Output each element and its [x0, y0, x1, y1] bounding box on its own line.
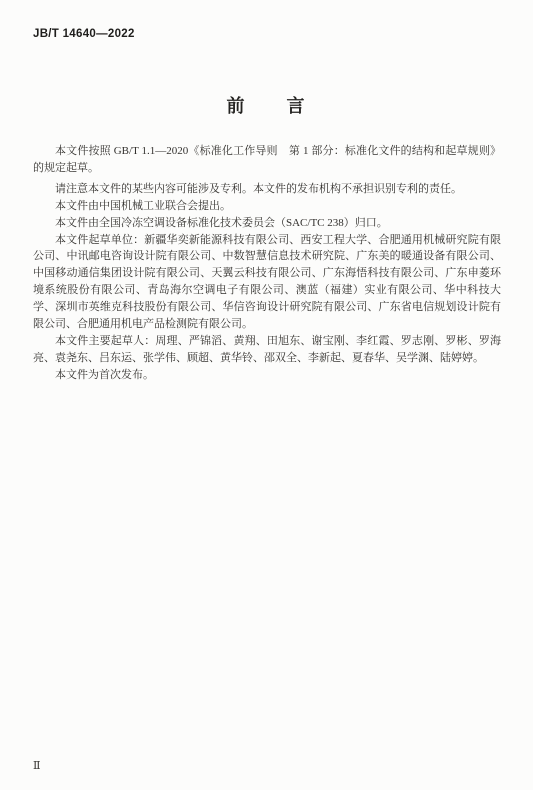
paragraph: 本文件主要起草人：周理、严锦滔、黄翔、田旭东、谢宝刚、李红霞、罗志刚、罗彬、罗海… — [33, 333, 501, 367]
paragraph: 本文件起草单位：新疆华奕新能源科技有限公司、西安工程大学、合肥通用机械研究院有限… — [33, 232, 501, 333]
page-title: 前 言 — [0, 92, 533, 118]
paragraph: 本文件由中国机械工业联合会提出。 — [33, 198, 501, 215]
document-page: JB/T 14640—2022 前 言 本文件按照 GB/T 1.1—2020《… — [0, 0, 533, 790]
page-number: Ⅱ — [33, 759, 40, 772]
paragraph: 本文件为首次发布。 — [33, 367, 501, 384]
foreword-body: 本文件按照 GB/T 1.1—2020《标准化工作导则 第 1 部分：标准化文件… — [33, 143, 501, 384]
standard-number: JB/T 14640—2022 — [33, 28, 135, 40]
paragraph: 请注意本文件的某些内容可能涉及专利。本文件的发布机构不承担识别专利的责任。 — [33, 181, 501, 198]
paragraph: 本文件按照 GB/T 1.1—2020《标准化工作导则 第 1 部分：标准化文件… — [33, 143, 501, 177]
paragraph: 本文件由全国冷冻空调设备标准化技术委员会（SAC/TC 238）归口。 — [33, 215, 501, 232]
